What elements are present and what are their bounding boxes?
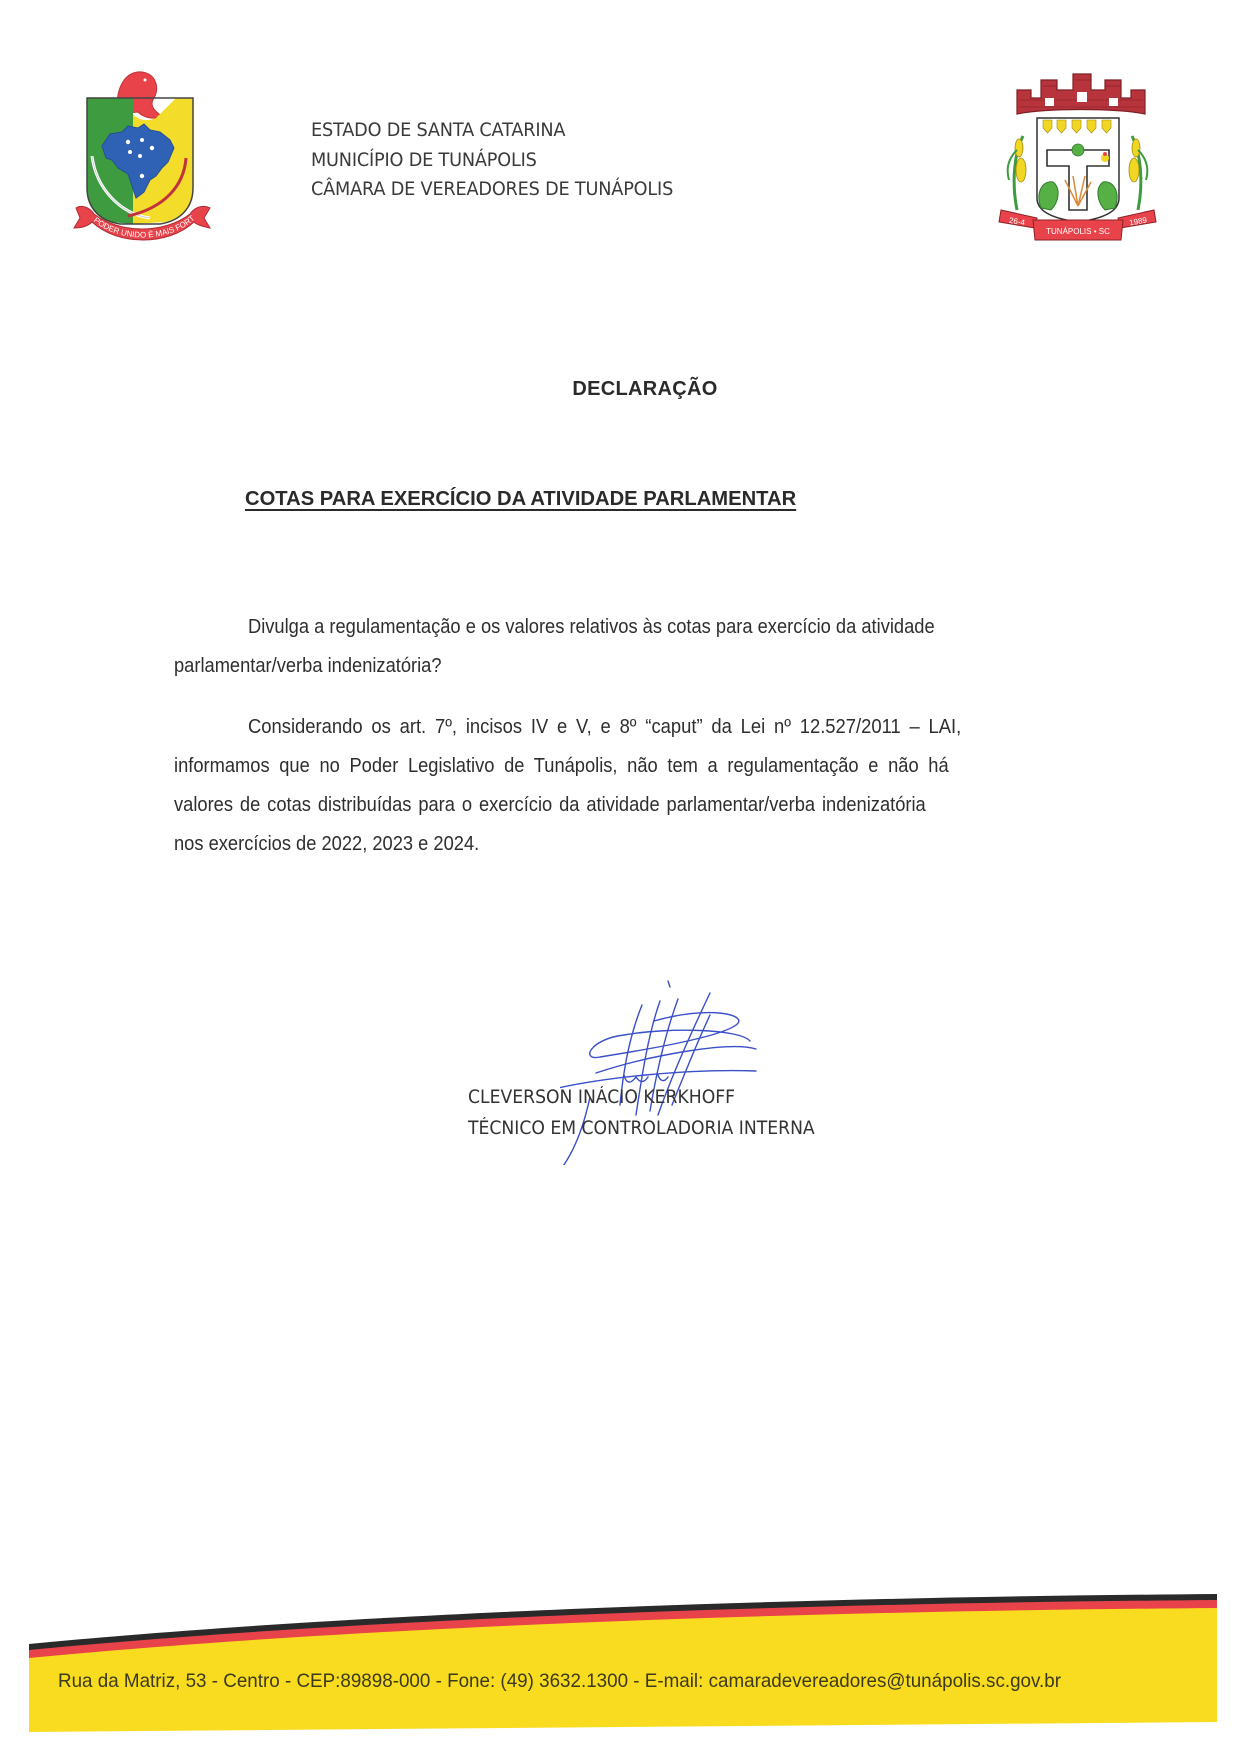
document-body: Divulga a regulamentação e os valores re… [174,608,1118,864]
paragraph-question: Divulga a regulamentação e os valores re… [174,608,1118,686]
emblem-name: TUNÁPOLIS • SC [1046,227,1110,236]
document-title: DECLARAÇÃO [0,378,1240,401]
signatory-role: TÉCNICO EM CONTROLADORIA INTERNA [468,1113,815,1144]
signatory-name: CLEVERSON INÁCIO KERKHOFF [468,1082,815,1113]
header-chamber: CÂMARA DE VEREADORES DE TUNÁPOLIS [311,175,673,205]
body-line: valores de cotas distribuídas para o exe… [174,786,926,825]
santa-catarina-emblem-icon: O PODER UNIDO É MAIS FORTE [70,68,220,258]
emblem-year: 1989 [1129,215,1149,227]
emblem-date: 26-4 [1008,216,1026,228]
signatory-block: CLEVERSON INÁCIO KERKHOFF TÉCNICO EM CON… [468,1082,841,1144]
institution-header: ESTADO DE SANTA CATARINA MUNICÍPIO DE TU… [311,116,700,205]
body-line: informamos que no Poder Legislativo de T… [174,747,949,786]
paragraph-answer: Considerando os art. 7º, incisos IV e V,… [174,708,1118,864]
tunapolis-emblem-icon: 26-4 TUNÁPOLIS • SC 1989 [995,70,1160,250]
body-line: nos exercícios de 2022, 2023 e 2024. [174,825,479,864]
document-subtitle: COTAS PARA EXERCÍCIO DA ATIVIDADE PARLAM… [245,487,796,511]
header-municipality: MUNICÍPIO DE TUNÁPOLIS [311,146,673,176]
header-state: ESTADO DE SANTA CATARINA [311,116,673,146]
body-line: parlamentar/verba indenizatória? [174,647,442,686]
footer-band [0,1590,1240,1740]
body-line: Divulga a regulamentação e os valores re… [248,608,935,647]
body-line: Considerando os art. 7º, incisos IV e V,… [248,708,961,747]
footer-contact: Rua da Matriz, 53 - Centro - CEP:89898-0… [58,1670,1061,1693]
